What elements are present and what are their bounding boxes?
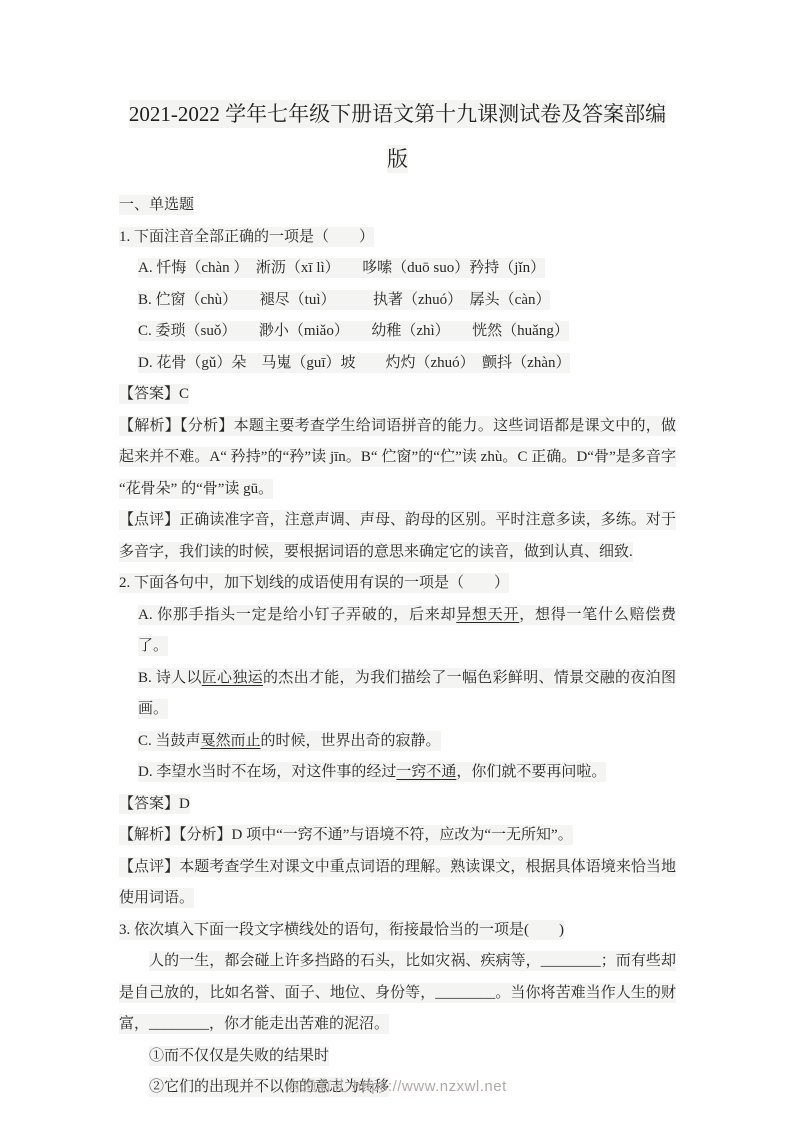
question-1-stem: 1. 下面注音全部正确的一项是（ ） <box>119 222 676 254</box>
document-body: 一、单选题 1. 下面注音全部正确的一项是（ ） A. 忏悔（chàn ） 淅沥… <box>119 190 676 1104</box>
underlined-idiom: 匠心独运 <box>202 670 263 686</box>
option-text: 你那手指头一定是给小钉子弄破的，后来却 <box>157 607 456 623</box>
test-paper-page: 2021-2022 学年七年级下册语文第十九课测试卷及答案部编版 一、单选题 1… <box>0 0 793 1122</box>
question-2-option-d: D. 李望水当时不在场，对这件事的经过一窍不通，你们就不要再问啦。 <box>119 757 676 789</box>
question-3-item-1: ①而不仅仅是失败的结果时 <box>119 1041 676 1073</box>
question-2-stem: 2. 下面各句中，加下划线的成语使用有误的一项是（ ） <box>119 568 676 600</box>
question-2-analysis: 【解析】【分析】D 项中“一窍不通”与语境不符，应改为“一无所知”。 <box>119 820 676 852</box>
option-text: 的时候，世界出奇的寂静。 <box>261 733 441 749</box>
option-label: D. <box>138 764 156 780</box>
option-label: B. <box>138 670 156 686</box>
question-2-option-c: C. 当鼓声戛然而止的时候，世界出奇的寂静。 <box>119 726 676 758</box>
option-text: ，你们就不要再问啦。 <box>456 764 606 780</box>
question-1-answer: 【答案】C <box>119 379 676 411</box>
question-1-option-c: C. 委琐（suǒ） 渺小（miǎo） 幼稚（zhì） 恍然（huǎng） <box>119 316 676 348</box>
question-2-comment: 【点评】本题考查学生对课文中重点词语的理解。熟读课文，根据具体语境来恰当地使用词… <box>119 852 676 915</box>
question-1-option-b: B. 伫窗（chù） 褪尽（tuì） 执著（zhuó） 孱头（càn） <box>119 285 676 317</box>
option-label: A. <box>138 607 157 623</box>
option-text: 当鼓声 <box>156 733 201 749</box>
section-heading: 一、单选题 <box>119 190 676 222</box>
title-line-2: 版 <box>387 145 408 173</box>
question-1-analysis: 【解析】【分析】本题主要考查学生给词语拼音的能力。这些词语都是课文中的，做起来并… <box>119 411 676 506</box>
question-1-option-d: D. 花骨（gǔ）朵 马嵬（guī）坡 灼灼（zhuó） 颤抖（zhàn） <box>119 348 676 380</box>
underlined-idiom: 戛然而止 <box>201 733 261 749</box>
watermark-footer: 有渔有礼 https://www.nzxwl.net <box>0 1075 793 1096</box>
question-2-option-b: B. 诗人以匠心独运的杰出才能，为我们描绘了一幅色彩鲜明、情景交融的夜泊图画。 <box>119 663 676 726</box>
option-text: 诗人以 <box>156 670 202 686</box>
underlined-idiom: 一窍不通 <box>396 764 456 780</box>
underlined-idiom: 异想天开 <box>456 607 519 623</box>
question-1-comment: 【点评】正确读准字音，注意声调、声母、韵母的区别。平时注意多读，多练。对于多音字… <box>119 505 676 568</box>
option-label: C. <box>138 733 156 749</box>
question-1-option-a: A. 忏悔（chàn ） 淅沥（xī lì） 哆嗦（duō suo）矜持（jǐn… <box>119 253 676 285</box>
option-text: 李望水当时不在场，对这件事的经过 <box>156 764 396 780</box>
question-3-stem: 3. 依次填入下面一段文字横线处的语句，衔接最恰当的一项是( ) <box>119 915 676 947</box>
title-line-1: 2021-2022 学年七年级下册语文第十九课测试卷及答案部编 <box>129 100 666 128</box>
question-3-passage: 人的一生，都会碰上许多挡路的石头，比如灾祸、疾病等，________；而有些却是… <box>119 946 676 1041</box>
question-2-answer: 【答案】D <box>119 789 676 821</box>
question-2-option-a: A. 你那手指头一定是给小钉子弄破的，后来却异想天开，想得一笔什么赔偿费了。 <box>119 600 676 663</box>
page-title: 2021-2022 学年七年级下册语文第十九课测试卷及答案部编版 <box>119 92 676 182</box>
